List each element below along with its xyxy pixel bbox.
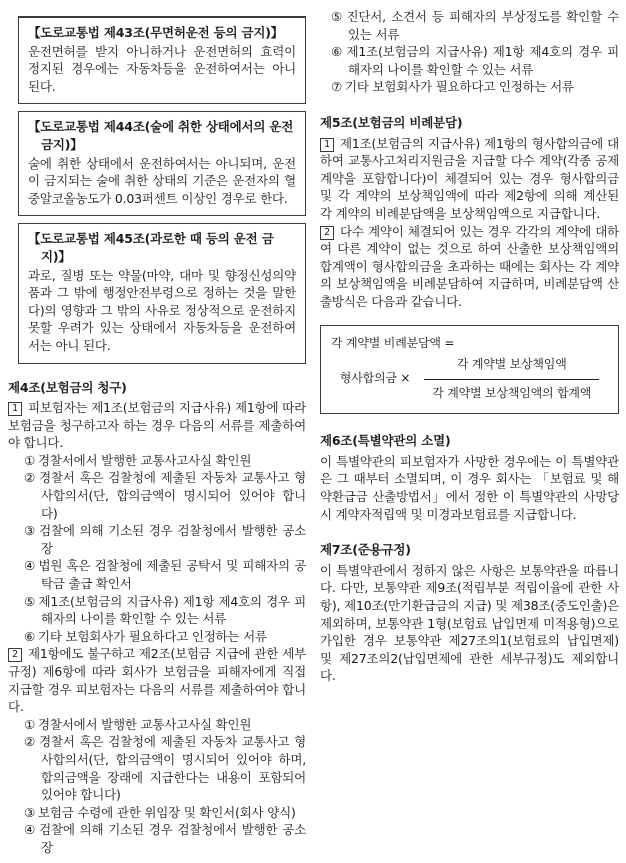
- list-item: ①경찰서에서 발행한 교통사고사실 확인원: [8, 716, 306, 734]
- item-text: 기타 보험회사가 필요하다고 인정하는 서류: [345, 79, 574, 94]
- article7-body: 이 특별약관에서 정하지 않은 사항은 보통약관을 따릅니다. 다만, 보통약관…: [320, 562, 619, 685]
- article4-clause2: 2제1항에도 불구하고 제2조(보험금 지급에 관한 세부규정) 제6항에 따라…: [8, 645, 306, 715]
- circled-number: ③: [24, 523, 36, 538]
- item-text: 법원 혹은 검찰청에 제출된 공탁서 및 피해자의 공탁금 출급 확인서: [39, 558, 306, 591]
- formula-fraction: 각 계약별 보상책임액 각 계약별 보상책임액의 합계액: [424, 356, 599, 402]
- circled-number: ④: [24, 822, 36, 837]
- list-item: ④법원 혹은 검찰청에 제출된 공탁서 및 피해자의 공탁금 출급 확인서: [8, 557, 306, 592]
- list-item: ③검찰에 의해 기소된 경우 검찰청에서 발행한 공소장: [8, 522, 306, 557]
- list-item: ①경찰서에서 발행한 교통사고사실 확인원: [8, 452, 306, 470]
- circled-number: ③: [24, 805, 35, 820]
- item-text: 보험금 수령에 관한 위임장 및 확인서(회사 양식): [38, 805, 296, 820]
- item-text: 경찰서 혹은 검찰청에 제출된 자동차 교통사고 형사합의서(단, 합의금액이 …: [39, 734, 306, 802]
- circled-number: ⑤: [24, 594, 35, 609]
- fraction-denominator: 각 계약별 보상책임액의 합계액: [424, 379, 599, 403]
- list-item: ⑦기타 보험회사가 필요하다고 인정하는 서류: [320, 78, 619, 96]
- law-box-title: 【도로교통법 제43조(무면허운전 등의 금지)】: [28, 24, 296, 42]
- item-text: 제1조(보험금의 지급사유) 제1항 제4호의 경우 피해자의 나이를 확인할 …: [346, 44, 619, 77]
- item-text: 경찰서에서 발행한 교통사고사실 확인원: [38, 717, 251, 732]
- law-box-body: 과로, 질병 또는 약물(마약, 대마 및 향정신성의약품과 그 밖에 행정안전…: [28, 267, 296, 355]
- law-box-article43: 【도로교통법 제43조(무면허운전 등의 금지)】 운전면허를 받지 아니하거나…: [18, 16, 306, 104]
- law-box-article45: 【도로교통법 제45조(과로한 때 등의 운전 금지)】 과로, 질병 또는 약…: [18, 223, 306, 363]
- article5-clause2: 2다수 계약이 체결되어 있는 경우 각각의 계약에 대하여 다른 계약이 없는…: [320, 223, 619, 311]
- list-item: ⑥기타 보험회사가 필요하다고 인정하는 서류: [8, 628, 306, 646]
- clause-text: 제1조(보험금의 지급사유) 제1항의 형사합의금에 대하여 교통사고처리지원금…: [320, 136, 619, 221]
- clause-text: 피보험자는 제1조(보험금의 지급사유) 제1항에 따라 보험금을 청구하고자 …: [8, 400, 306, 450]
- boxed-numeral-2: 2: [320, 226, 334, 240]
- formula-lhs: 각 계약별 비례분담액 =: [331, 335, 608, 353]
- circled-number: ①: [24, 453, 35, 468]
- article4-heading: 제4조(보험금의 청구): [8, 379, 306, 397]
- policy-document-page: 【도로교통법 제43조(무면허운전 등의 금지)】 운전면허를 받지 아니하거나…: [0, 0, 626, 863]
- law-box-title: 【도로교통법 제44조(술에 취한 상태에서의 운전 금지)】: [28, 118, 296, 153]
- item-text: 경찰서에서 발행한 교통사고사실 확인원: [38, 453, 251, 468]
- circled-number: ⑥: [331, 44, 343, 59]
- boxed-numeral-1: 1: [8, 402, 22, 416]
- circled-number: ⑥: [24, 629, 35, 644]
- circled-number: ④: [24, 558, 36, 573]
- item-text: 기타 보험회사가 필요하다고 인정하는 서류: [38, 629, 267, 644]
- circled-number: ⑦: [331, 79, 342, 94]
- item-text: 검찰에 의해 기소된 경우 검찰청에서 발행한 공소장: [39, 523, 306, 556]
- list-item: ⑥제1조(보험금의 지급사유) 제1항 제4호의 경우 피해자의 나이를 확인할…: [320, 43, 619, 78]
- list-item: ②경찰서 혹은 검찰청에 제출된 자동차 교통사고 형사합의서(단, 합의금액이…: [8, 469, 306, 522]
- article4-clause1: 1피보험자는 제1조(보험금의 지급사유) 제1항에 따라 보험금을 청구하고자…: [8, 399, 306, 452]
- formula-multiplicand: 형사합의금 ×: [340, 370, 410, 388]
- proportional-share-formula-box: 각 계약별 비례분담액 = 형사합의금 × 각 계약별 보상책임액 각 계약별 …: [320, 325, 619, 415]
- item-text: 제1조(보험금의 지급사유) 제1항 제4호의 경우 피해자의 나이를 확인할 …: [38, 594, 306, 627]
- law-box-article44: 【도로교통법 제44조(술에 취한 상태에서의 운전 금지)】 술에 취한 상태…: [18, 111, 306, 216]
- law-box-title: 【도로교통법 제45조(과로한 때 등의 운전 금지)】: [28, 230, 296, 265]
- boxed-numeral-1: 1: [320, 138, 334, 152]
- item-text: 경찰서 혹은 검찰청에 제출된 자동차 교통사고 형사합의서(단, 합의금액이 …: [39, 470, 306, 520]
- list-item: ④검찰에 의해 기소된 경우 검찰청에서 발행한 공소장: [8, 821, 306, 856]
- article6-body: 이 특별약관의 피보험자가 사망한 경우에는 이 특별약관은 그 때부터 소멸되…: [320, 453, 619, 523]
- left-column: 【도로교통법 제43조(무면허운전 등의 금지)】 운전면허를 받지 아니하거나…: [8, 16, 306, 857]
- list-item: ⑤진단서, 소견서 등 피해자의 부상정도를 확인할 수 있는 서류: [320, 8, 619, 43]
- law-box-body: 술에 취한 상태에서 운전하여서는 아니되며, 운전이 금지되는 술에 취한 상…: [28, 155, 296, 208]
- clause-text: 제1항에도 불구하고 제2조(보험금 지급에 관한 세부규정) 제6항에 따라 …: [8, 646, 306, 714]
- item-text: 검찰에 의해 기소된 경우 검찰청에서 발행한 공소장: [39, 822, 306, 855]
- clause-text: 다수 계약이 체결되어 있는 경우 각각의 계약에 대하여 다른 계약이 없는 …: [320, 224, 619, 309]
- list-item: ②경찰서 혹은 검찰청에 제출된 자동차 교통사고 형사합의서(단, 합의금액이…: [8, 733, 306, 803]
- article6-heading: 제6조(특별약관의 소멸): [320, 432, 619, 450]
- circled-number: ②: [24, 470, 36, 485]
- law-box-body: 운전면허를 받지 아니하거나 운전면허의 효력이 정지된 경우에는 자동차등을 …: [28, 43, 296, 96]
- article5-heading: 제5조(보험금의 비례분담): [320, 114, 619, 132]
- list-item: ③보험금 수령에 관한 위임장 및 확인서(회사 양식): [8, 804, 306, 822]
- article7-heading: 제7조(준용규정): [320, 541, 619, 559]
- list-item: ⑤제1조(보험금의 지급사유) 제1항 제4호의 경우 피해자의 나이를 확인할…: [8, 593, 306, 628]
- item-text: 진단서, 소견서 등 피해자의 부상정도를 확인할 수 있는 서류: [346, 9, 619, 42]
- formula-expression: 형사합의금 × 각 계약별 보상책임액 각 계약별 보상책임액의 합계액: [331, 356, 608, 402]
- article5-clause1: 1제1조(보험금의 지급사유) 제1항의 형사합의금에 대하여 교통사고처리지원…: [320, 135, 619, 223]
- circled-number: ②: [24, 734, 36, 749]
- circled-number: ⑤: [331, 9, 343, 24]
- boxed-numeral-2: 2: [8, 648, 22, 662]
- fraction-numerator: 각 계약별 보상책임액: [424, 356, 599, 379]
- right-column: ⑤진단서, 소견서 등 피해자의 부상정도를 확인할 수 있는 서류 ⑥제1조(…: [320, 8, 619, 685]
- circled-number: ①: [24, 717, 35, 732]
